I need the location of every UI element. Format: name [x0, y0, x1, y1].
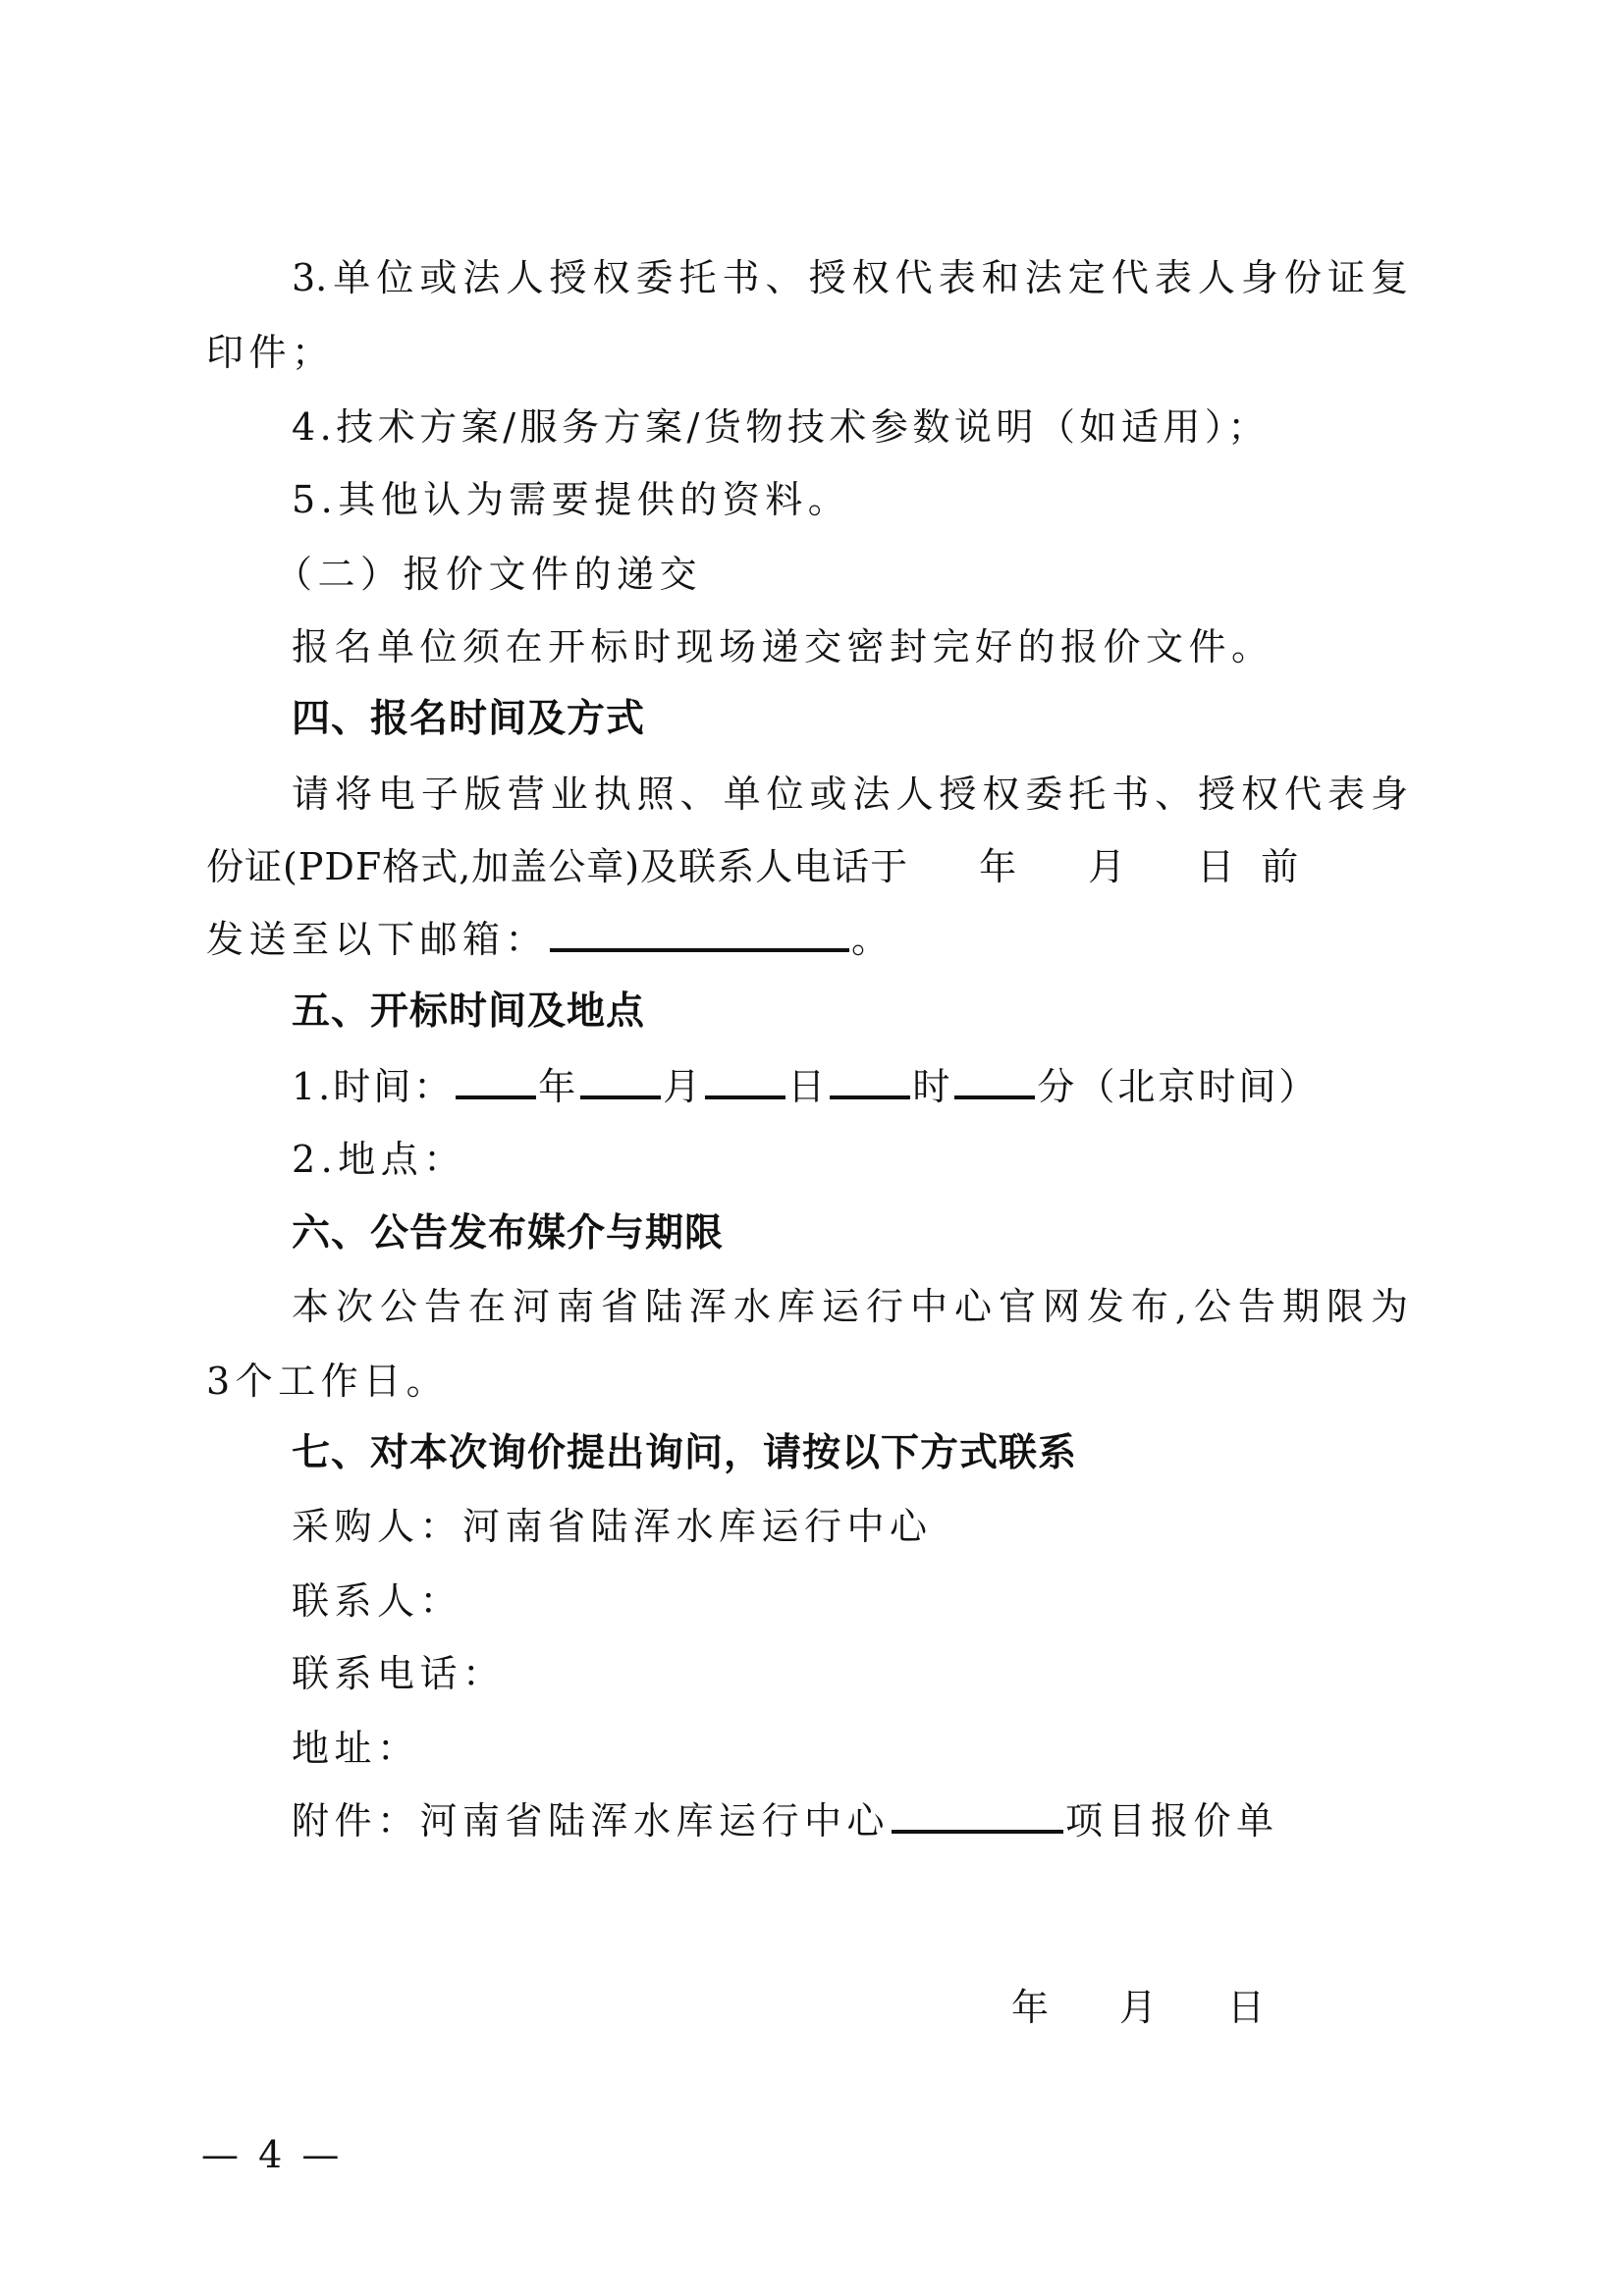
document-page: 3.单位或法人授权委托书、授权代表和法定代表人身份证复 印件； 4.技术方案/服… — [0, 0, 1624, 2296]
section-heading-5: 五、开标时间及地点 — [292, 988, 1408, 1037]
list-item-3-line2: 印件； — [206, 328, 1408, 377]
opening-time-line: 1.时间：年月日时分（北京时间） — [292, 1062, 1408, 1111]
signature-day-label: 日 — [1227, 1983, 1265, 2032]
deadline-day-label: 日 — [1197, 845, 1235, 888]
time-label: 1.时间： — [292, 1065, 454, 1108]
attachment-line: 附件：河南省陆浑水库运行中心项目报价单 — [292, 1796, 1408, 1845]
signature-month-label: 月 — [1119, 1983, 1157, 2032]
section-heading-7: 七、对本次询价提出询问，请按以下方式联系 — [292, 1429, 1408, 1478]
attachment-suffix: 项目报价单 — [1065, 1799, 1279, 1842]
email-period: 。 — [851, 918, 894, 961]
section-6-line1: 本次公告在河南省陆浑水库运行中心官网发布,公告期限为 — [292, 1282, 1408, 1331]
year-blank-field[interactable] — [456, 1062, 536, 1099]
list-item-4: 4.技术方案/服务方案/货物技术参数说明（如适用）； — [292, 402, 1408, 452]
signature-year-label: 年 — [1011, 1983, 1049, 2032]
subsection-body: 报名单位须在开标时现场递交密封完好的报价文件。 — [292, 622, 1408, 671]
month-label: 月 — [663, 1065, 703, 1108]
section-4-line3: 发送至以下邮箱：。 — [206, 915, 1408, 964]
contact-phone-line: 联系电话： — [292, 1649, 1408, 1698]
minute-blank-field[interactable] — [954, 1062, 1035, 1099]
list-item-3-text: 3.单位或法人授权委托书、授权代表和法定代表人身份证复 — [292, 253, 1408, 302]
section-4-line1: 请将电子版营业执照、单位或法人授权委托书、授权代表身 — [292, 770, 1408, 819]
day-label: 日 — [787, 1065, 828, 1108]
section-4-line2: 份证(PDF格式,加盖公章)及联系人电话于年月日前 — [206, 842, 1408, 891]
section-heading-6: 六、公告发布媒介与期限 — [292, 1209, 1408, 1258]
signature-date: 年月日 — [1011, 1983, 1265, 2032]
project-name-blank-field[interactable] — [892, 1796, 1063, 1834]
section-6-line1-text: 本次公告在河南省陆浑水库运行中心官网发布,公告期限为 — [292, 1282, 1408, 1331]
email-blank-field[interactable] — [550, 915, 849, 952]
list-item-3-line1: 3.单位或法人授权委托书、授权代表和法定代表人身份证复 — [292, 253, 1408, 302]
section-6-line2: 3个工作日。 — [206, 1357, 1408, 1406]
list-item-5: 5.其他认为需要提供的资料。 — [292, 475, 1408, 524]
hour-label: 时 — [912, 1065, 952, 1108]
purchaser-line: 采购人：河南省陆浑水库运行中心 — [292, 1502, 1408, 1551]
deadline-year-label: 年 — [979, 845, 1017, 888]
month-blank-field[interactable] — [580, 1062, 661, 1099]
day-blank-field[interactable] — [705, 1062, 785, 1099]
page-number: — 4 — — [201, 2130, 343, 2179]
section-4-line1-text: 请将电子版营业执照、单位或法人授权委托书、授权代表身 — [292, 770, 1408, 819]
subsection-title: （二）报价文件的递交 — [275, 550, 1391, 599]
hour-blank-field[interactable] — [830, 1062, 910, 1099]
email-label: 发送至以下邮箱： — [206, 918, 548, 961]
minute-label: 分（北京时间） — [1037, 1065, 1319, 1108]
attachment-prefix: 附件：河南省陆浑水库运行中心 — [292, 1799, 890, 1842]
deadline-month-label: 月 — [1088, 845, 1126, 888]
year-label: 年 — [538, 1065, 578, 1108]
opening-place-line: 2.地点： — [292, 1135, 1408, 1184]
contact-person-line: 联系人： — [292, 1576, 1408, 1626]
section-4-line2-prefix: 份证(PDF格式,加盖公章)及联系人电话于 — [206, 845, 908, 888]
deadline-suffix: 前 — [1261, 845, 1299, 888]
address-line: 地址： — [292, 1724, 1408, 1773]
section-heading-4: 四、报名时间及方式 — [292, 695, 1408, 744]
